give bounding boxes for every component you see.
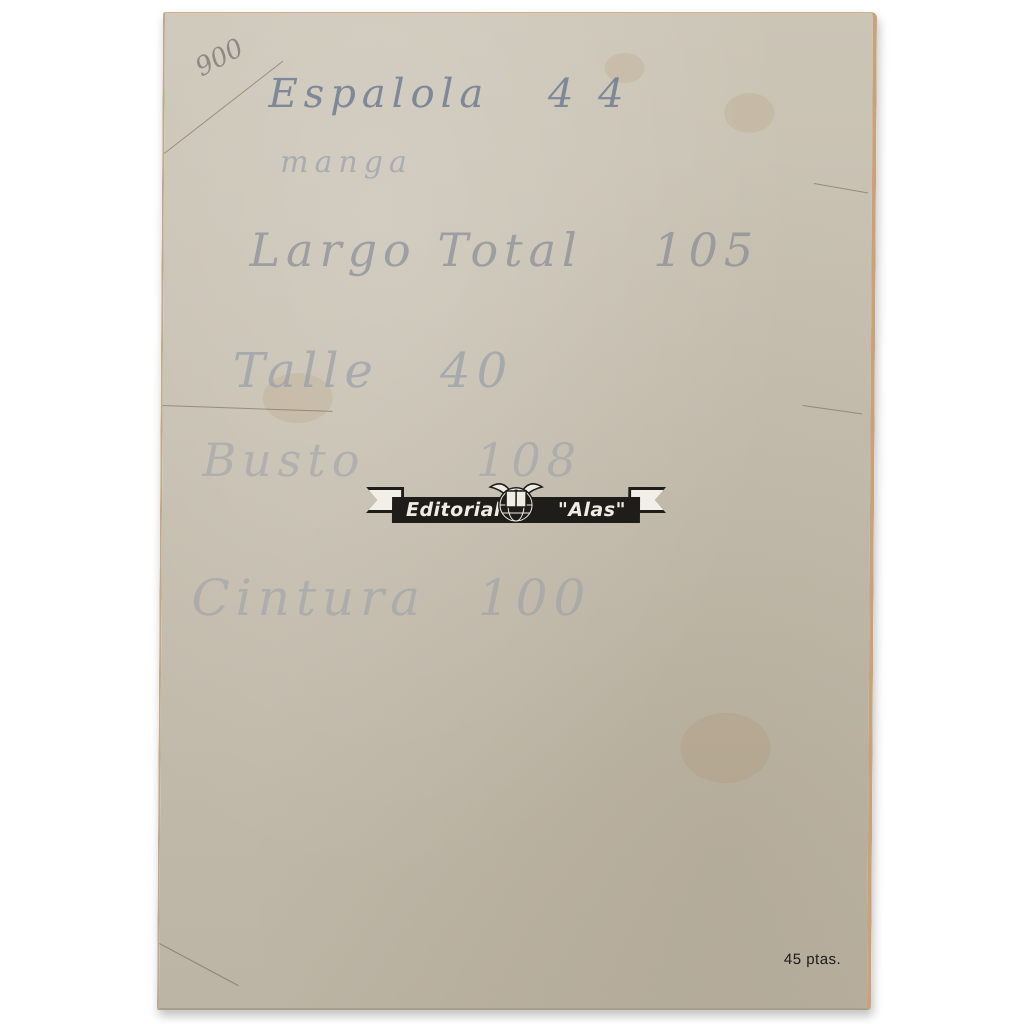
handwritten-value: 100 bbox=[478, 569, 592, 627]
winged-globe-book-icon bbox=[488, 475, 544, 531]
handwritten-label: manga bbox=[280, 145, 413, 180]
handwritten-label: Talle bbox=[233, 343, 379, 399]
handwritten-value: 105 bbox=[653, 223, 759, 277]
handwritten-line: Espalola 4 4 bbox=[268, 71, 629, 117]
paper-crease bbox=[814, 183, 868, 194]
paper-crease bbox=[164, 61, 283, 154]
booklet-back-cover: 900 Espalola 4 4 manga Largo Total 105 T… bbox=[157, 12, 877, 1010]
paper-crease bbox=[159, 943, 239, 986]
corner-pencil-note: 900 bbox=[191, 33, 249, 83]
handwritten-line: Largo Total 105 bbox=[249, 223, 759, 277]
handwritten-value: 4 4 bbox=[548, 71, 630, 117]
paper-crease bbox=[803, 405, 863, 414]
paper-stain bbox=[680, 713, 770, 783]
handwritten-value: 40 bbox=[440, 343, 513, 399]
handwritten-line: manga bbox=[280, 145, 413, 180]
handwritten-line: Talle 40 bbox=[233, 343, 514, 399]
handwritten-label: Busto bbox=[202, 433, 366, 487]
paper-stain bbox=[724, 93, 774, 133]
handwritten-line: Cintura 100 bbox=[191, 569, 591, 627]
publisher-logo: Editorial "Alas" bbox=[366, 475, 666, 535]
handwritten-label: Largo Total bbox=[249, 223, 582, 277]
handwritten-label: Cintura bbox=[191, 569, 426, 627]
logo-text-editorial: Editorial bbox=[406, 499, 501, 521]
handwritten-label: Espalola bbox=[268, 71, 489, 117]
price-label: 45 ptas. bbox=[784, 951, 841, 968]
logo-text-alas: "Alas" bbox=[558, 499, 626, 521]
